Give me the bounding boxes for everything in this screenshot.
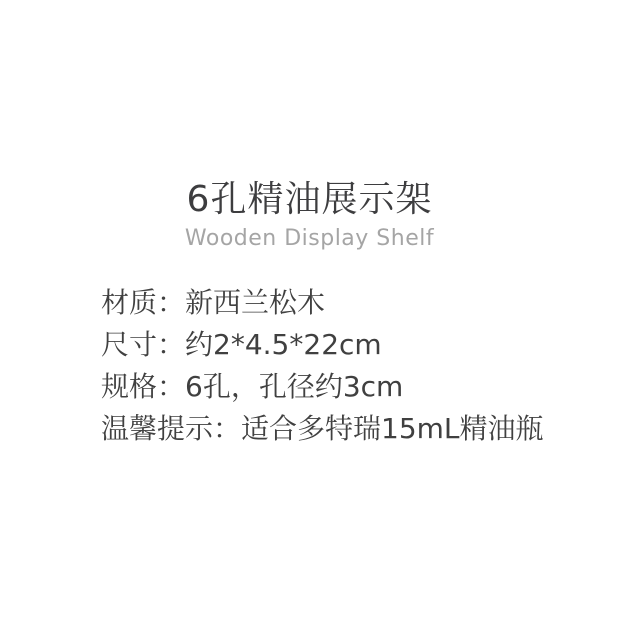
spec-line-specification: 规格：6孔，孔径约3cm xyxy=(101,366,579,408)
product-title: 6孔精油展示架 xyxy=(0,179,619,221)
spec-line-tip: 温馨提示：适合多特瑞15mL精油瓶 xyxy=(101,408,579,450)
spec-line-material: 材质：新西兰松木 xyxy=(101,282,579,324)
spec-list: 材质：新西兰松木 尺寸：约2*4.5*22cm 规格：6孔，孔径约3cm 温馨提… xyxy=(0,282,619,450)
spec-label-size: 尺寸 xyxy=(101,328,157,361)
product-subtitle-en: Wooden Display Shelf xyxy=(0,226,619,252)
spec-value-tip: 适合多特瑞15mL精油瓶 xyxy=(241,412,544,445)
spec-separator: ： xyxy=(157,370,185,403)
spec-separator: ： xyxy=(157,286,185,319)
product-info-card: 6孔精油展示架 Wooden Display Shelf 材质：新西兰松木 尺寸… xyxy=(0,0,619,619)
spec-label-tip: 温馨提示 xyxy=(101,412,213,445)
spec-separator: ： xyxy=(157,328,185,361)
spec-value-size: 约2*4.5*22cm xyxy=(185,328,382,361)
spec-value-specification: 6孔，孔径约3cm xyxy=(185,370,403,403)
spec-label-material: 材质 xyxy=(101,286,157,319)
header: 6孔精油展示架 Wooden Display Shelf xyxy=(0,0,619,252)
spec-label-specification: 规格 xyxy=(101,370,157,403)
spec-line-size: 尺寸：约2*4.5*22cm xyxy=(101,324,579,366)
spec-value-material: 新西兰松木 xyxy=(185,286,325,319)
spec-separator: ： xyxy=(213,412,241,445)
